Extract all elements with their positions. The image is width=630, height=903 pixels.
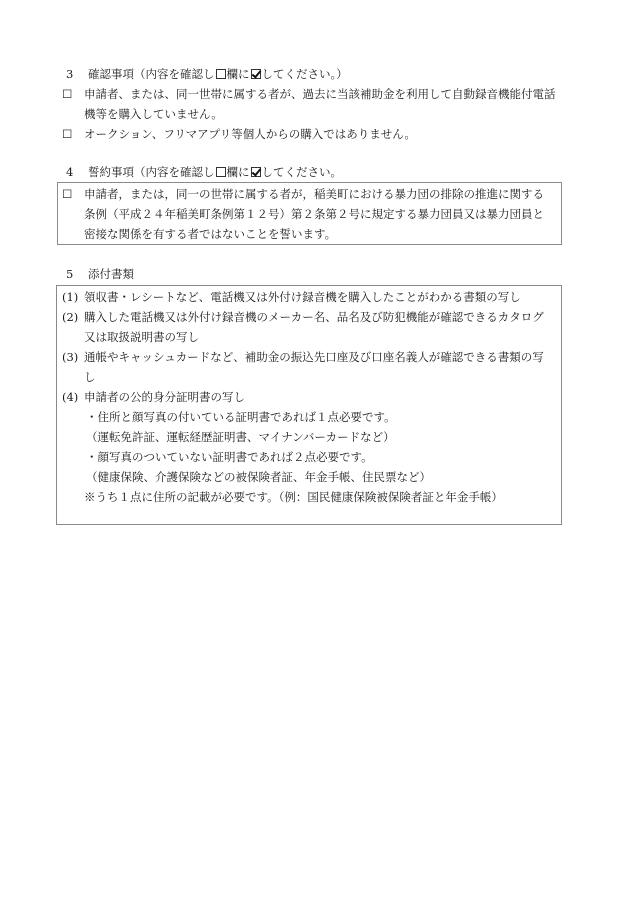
note-text: ・顔写真のついていない証明書であれば２点必要です。 (86, 450, 373, 464)
item-text: 申請者の公的身分証明書の写し (84, 390, 245, 404)
item-text: オークション、フリマアプリ等個人からの購入ではありません。 (84, 127, 416, 141)
checkbox[interactable]: ☐ (62, 187, 84, 201)
section5-number: 5 (66, 267, 88, 281)
id-note-2: （運転免許証、運転経歴証明書、マイナンバーカードなど） (86, 430, 395, 444)
checked-checkbox-icon (251, 167, 261, 177)
attachment-item-2: (2)購入した電話機又は外付け録音機のメーカー名、品名及び防犯機能が確認できるカ… (62, 310, 544, 324)
section4-title-post: してください。 (262, 165, 343, 179)
item-number: (3) (62, 350, 84, 364)
item-text: 条例（平成２４年稲美町条例第１２号）第２条第２号に規定する暴力団員又は暴力団員と (84, 207, 544, 221)
id-note-3: ・顔写真のついていない証明書であれば２点必要です。 (86, 450, 373, 464)
attachment-item-1: (1)領収書・レシートなど、電話機又は外付け録音機を購入したことがわかる書類の写… (62, 290, 521, 304)
section3-heading: 3確認事項（内容を確認し欄にしてください。） (66, 67, 348, 81)
empty-checkbox-icon (216, 69, 226, 79)
section4-heading: 4誓約事項（内容を確認し欄にしてください。 (66, 165, 342, 179)
note-text: （運転免許証、運転経歴証明書、マイナンバーカードなど） (86, 430, 395, 444)
item-text: 又は取扱説明書の写し (84, 330, 199, 344)
section4-item-cont-1: 条例（平成２４年稲美町条例第１２号）第２条第２号に規定する暴力団員又は暴力団員と (84, 207, 544, 221)
section4-title-pre: 誓約事項（内容を確認し (88, 165, 215, 179)
item-text: 申請者、または、同一世帯に属する者が、過去に当該補助金を利用して自動録音機能付電… (84, 87, 556, 101)
section3-item-1[interactable]: ☐申請者、または、同一世帯に属する者が、過去に当該補助金を利用して自動録音機能付… (62, 87, 556, 101)
item-text: 購入した電話機又は外付け録音機のメーカー名、品名及び防犯機能が確認できるカタログ (84, 310, 544, 324)
note-text: ・住所と顔写真の付いている証明書であれば１点必要です。 (86, 410, 396, 424)
section5-heading: 5添付書類 (66, 267, 134, 281)
section3-title-mid: 欄に (227, 67, 250, 81)
section3-title-post: してください。） (262, 67, 348, 81)
note-text: ※うち１点に住所の記載が必要です。（例：国民健康保険被保険者証と年金手帳） (84, 490, 503, 504)
id-note-1: ・住所と顔写真の付いている証明書であれば１点必要です。 (86, 410, 396, 424)
section4-number: 4 (66, 165, 88, 179)
item-number: (2) (62, 310, 84, 324)
checkbox[interactable]: ☐ (62, 87, 84, 101)
section5-title: 添付書類 (88, 267, 134, 281)
item-text: 申請者，または，同一の世帯に属する者が，稲美町における暴力団の排除の推進に関する (84, 187, 544, 201)
attachment-item-3-cont: し (84, 370, 96, 384)
section3-title-pre: 確認事項（内容を確認し (88, 67, 215, 81)
item-text: 領収書・レシートなど、電話機又は外付け録音機を購入したことがわかる書類の写し (84, 290, 521, 304)
checked-checkbox-icon (251, 69, 261, 79)
id-note-4: （健康保険、介護保険などの被保険者証、年金手帳、住民票など） (86, 470, 431, 484)
item-number: (4) (62, 390, 84, 404)
item-text: し (84, 370, 96, 384)
section4-item[interactable]: ☐申請者，または，同一の世帯に属する者が，稲美町における暴力団の排除の推進に関す… (62, 187, 544, 201)
item-number: (1) (62, 290, 84, 304)
item-text: 密接な関係を有する者ではないことを誓います。 (84, 227, 336, 241)
item-text: 通帳やキャッシュカードなど、補助金の振込先口座及び口座名義人が確認できる書類の写 (84, 350, 544, 364)
attachment-item-3: (3)通帳やキャッシュカードなど、補助金の振込先口座及び口座名義人が確認できる書… (62, 350, 544, 364)
id-note-5: ※うち１点に住所の記載が必要です。（例：国民健康保険被保険者証と年金手帳） (84, 490, 503, 504)
attachment-item-2-cont: 又は取扱説明書の写し (84, 330, 199, 344)
section3-item-2[interactable]: ☐オークション、フリマアプリ等個人からの購入ではありません。 (62, 127, 416, 141)
section3-item-1-cont: 機等を購入していません。 (84, 107, 223, 121)
section3-number: 3 (66, 67, 88, 81)
checkbox[interactable]: ☐ (62, 127, 84, 141)
empty-checkbox-icon (216, 167, 226, 177)
section4-item-cont-2: 密接な関係を有する者ではないことを誓います。 (84, 227, 336, 241)
item-text: 機等を購入していません。 (84, 107, 223, 121)
attachment-item-4: (4)申請者の公的身分証明書の写し (62, 390, 245, 404)
note-text: （健康保険、介護保険などの被保険者証、年金手帳、住民票など） (86, 470, 431, 484)
section4-title-mid: 欄に (227, 165, 250, 179)
